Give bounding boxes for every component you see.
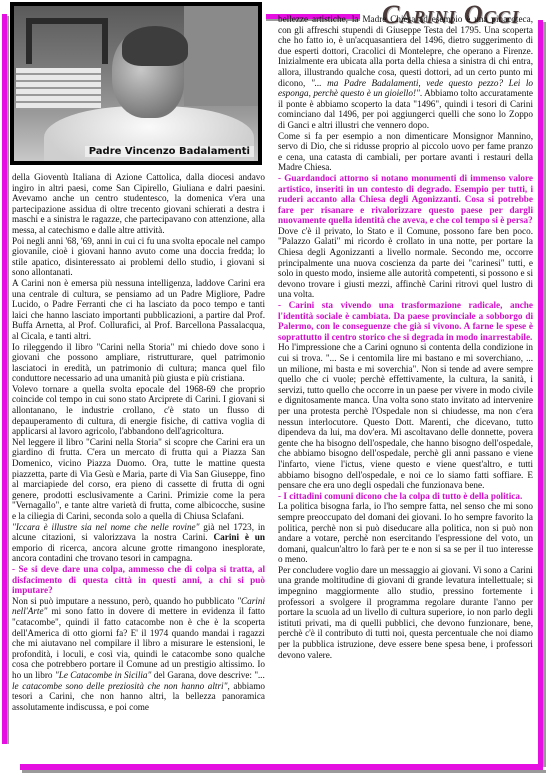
text-run: Non si può imputare a nessuno, però, qua…: [12, 596, 237, 606]
photo-hair: [122, 26, 188, 66]
book-title: "Le Catacombe in Sicilia": [55, 670, 152, 680]
portrait-photo: Padre Vincenzo Badalamenti: [10, 2, 262, 165]
text-run: mi sono fatto in dovere di mettere in ev…: [12, 606, 265, 680]
paragraph: Come si fa per esempio a non dimenticare…: [278, 131, 533, 173]
paragraph: Ho l'impressione che a Carini ognuno si …: [278, 342, 533, 490]
paragraph: Non si può imputare a nessuno, però, qua…: [12, 596, 265, 713]
text-run: emporio di ricerca, ancora alcune grotte…: [12, 543, 265, 564]
paragraph: Poi negli anni '68, '69, anni in cui ci …: [12, 236, 265, 278]
paragraph: Dove c'è il privato, lo Stato e il Comun…: [278, 226, 533, 300]
bold-text: Carini è un: [214, 532, 265, 542]
interview-question: - Carini sta vivendo una trasformazione …: [278, 300, 533, 342]
text-run: bellezze artistiche, la Madre Chiesa ad …: [278, 14, 533, 88]
interview-question: - Guardandoci attorno si notano monument…: [278, 173, 533, 226]
photo-image: Padre Vincenzo Badalamenti: [14, 6, 258, 161]
paragraph: La politica bisogna farla, io l'ho sempr…: [278, 501, 533, 565]
right-bar-shadow: [543, 22, 546, 767]
article-left-column: della Gioventù Italiana di Azione Cattol…: [12, 172, 265, 712]
paragraph: A Carini non è emersa più nessuna intell…: [12, 278, 265, 342]
interview-question: - I cittadini comuni dicono che la colpa…: [278, 491, 533, 502]
photo-books: [16, 68, 101, 110]
paragraph: Volevo tornare a quella svolta epocale d…: [12, 384, 265, 437]
interview-question: - Se si deve dare una colpa, ammesso che…: [12, 564, 265, 596]
photo-wall: [184, 6, 258, 106]
paragraph: bellezze artistiche, la Madre Chiesa ad …: [278, 14, 533, 131]
paragraph: Nel leggere il libro "Carini nella Stori…: [12, 437, 265, 522]
photo-caption: Padre Vincenzo Badalamenti: [85, 146, 254, 157]
paragraph: della Gioventù Italiana di Azione Cattol…: [12, 172, 265, 236]
paragraph: "Iccara è illustre sia nel nome che nell…: [12, 522, 265, 564]
paragraph: Per concludere voglio dare un messaggio …: [278, 565, 533, 660]
text-run: del Garana, dove descrive: ": [151, 670, 258, 680]
quote-text: "Iccara è illustre sia nel nome che nell…: [12, 522, 200, 532]
left-bar-shadow: [7, 16, 9, 744]
photo-chair: [26, 18, 108, 64]
paragraph: Io rileggendo il libro "Carini nella Sto…: [12, 342, 265, 384]
article-right-column: bellezze artistiche, la Madre Chiesa ad …: [278, 14, 533, 660]
bottom-bar-shadow: [22, 770, 546, 773]
